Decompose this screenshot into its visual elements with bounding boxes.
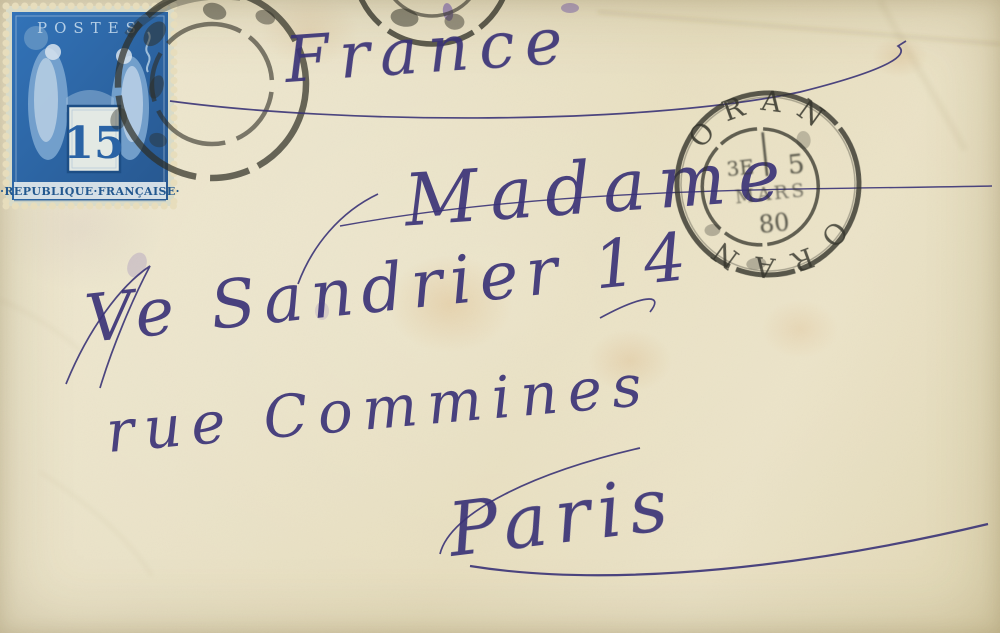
stamp-country-label: ·REPUBLIQUE·FRANÇAISE· (0, 185, 180, 198)
datestamp-day: 5 (786, 149, 806, 181)
stamp-imprint-line (14, 200, 166, 201)
datestamp-collection-number: 3E (725, 154, 755, 181)
datestamp-year: 80 (758, 208, 791, 239)
photo-of-envelope: POSTES 15 ·REPUBLIQUE·FRANÇAISE· (0, 0, 1000, 633)
left-figure-head (45, 44, 61, 60)
envelope-artwork: POSTES 15 ·REPUBLIQUE·FRANÇAISE· (0, 0, 1000, 633)
left-figure-drapery (34, 58, 58, 142)
